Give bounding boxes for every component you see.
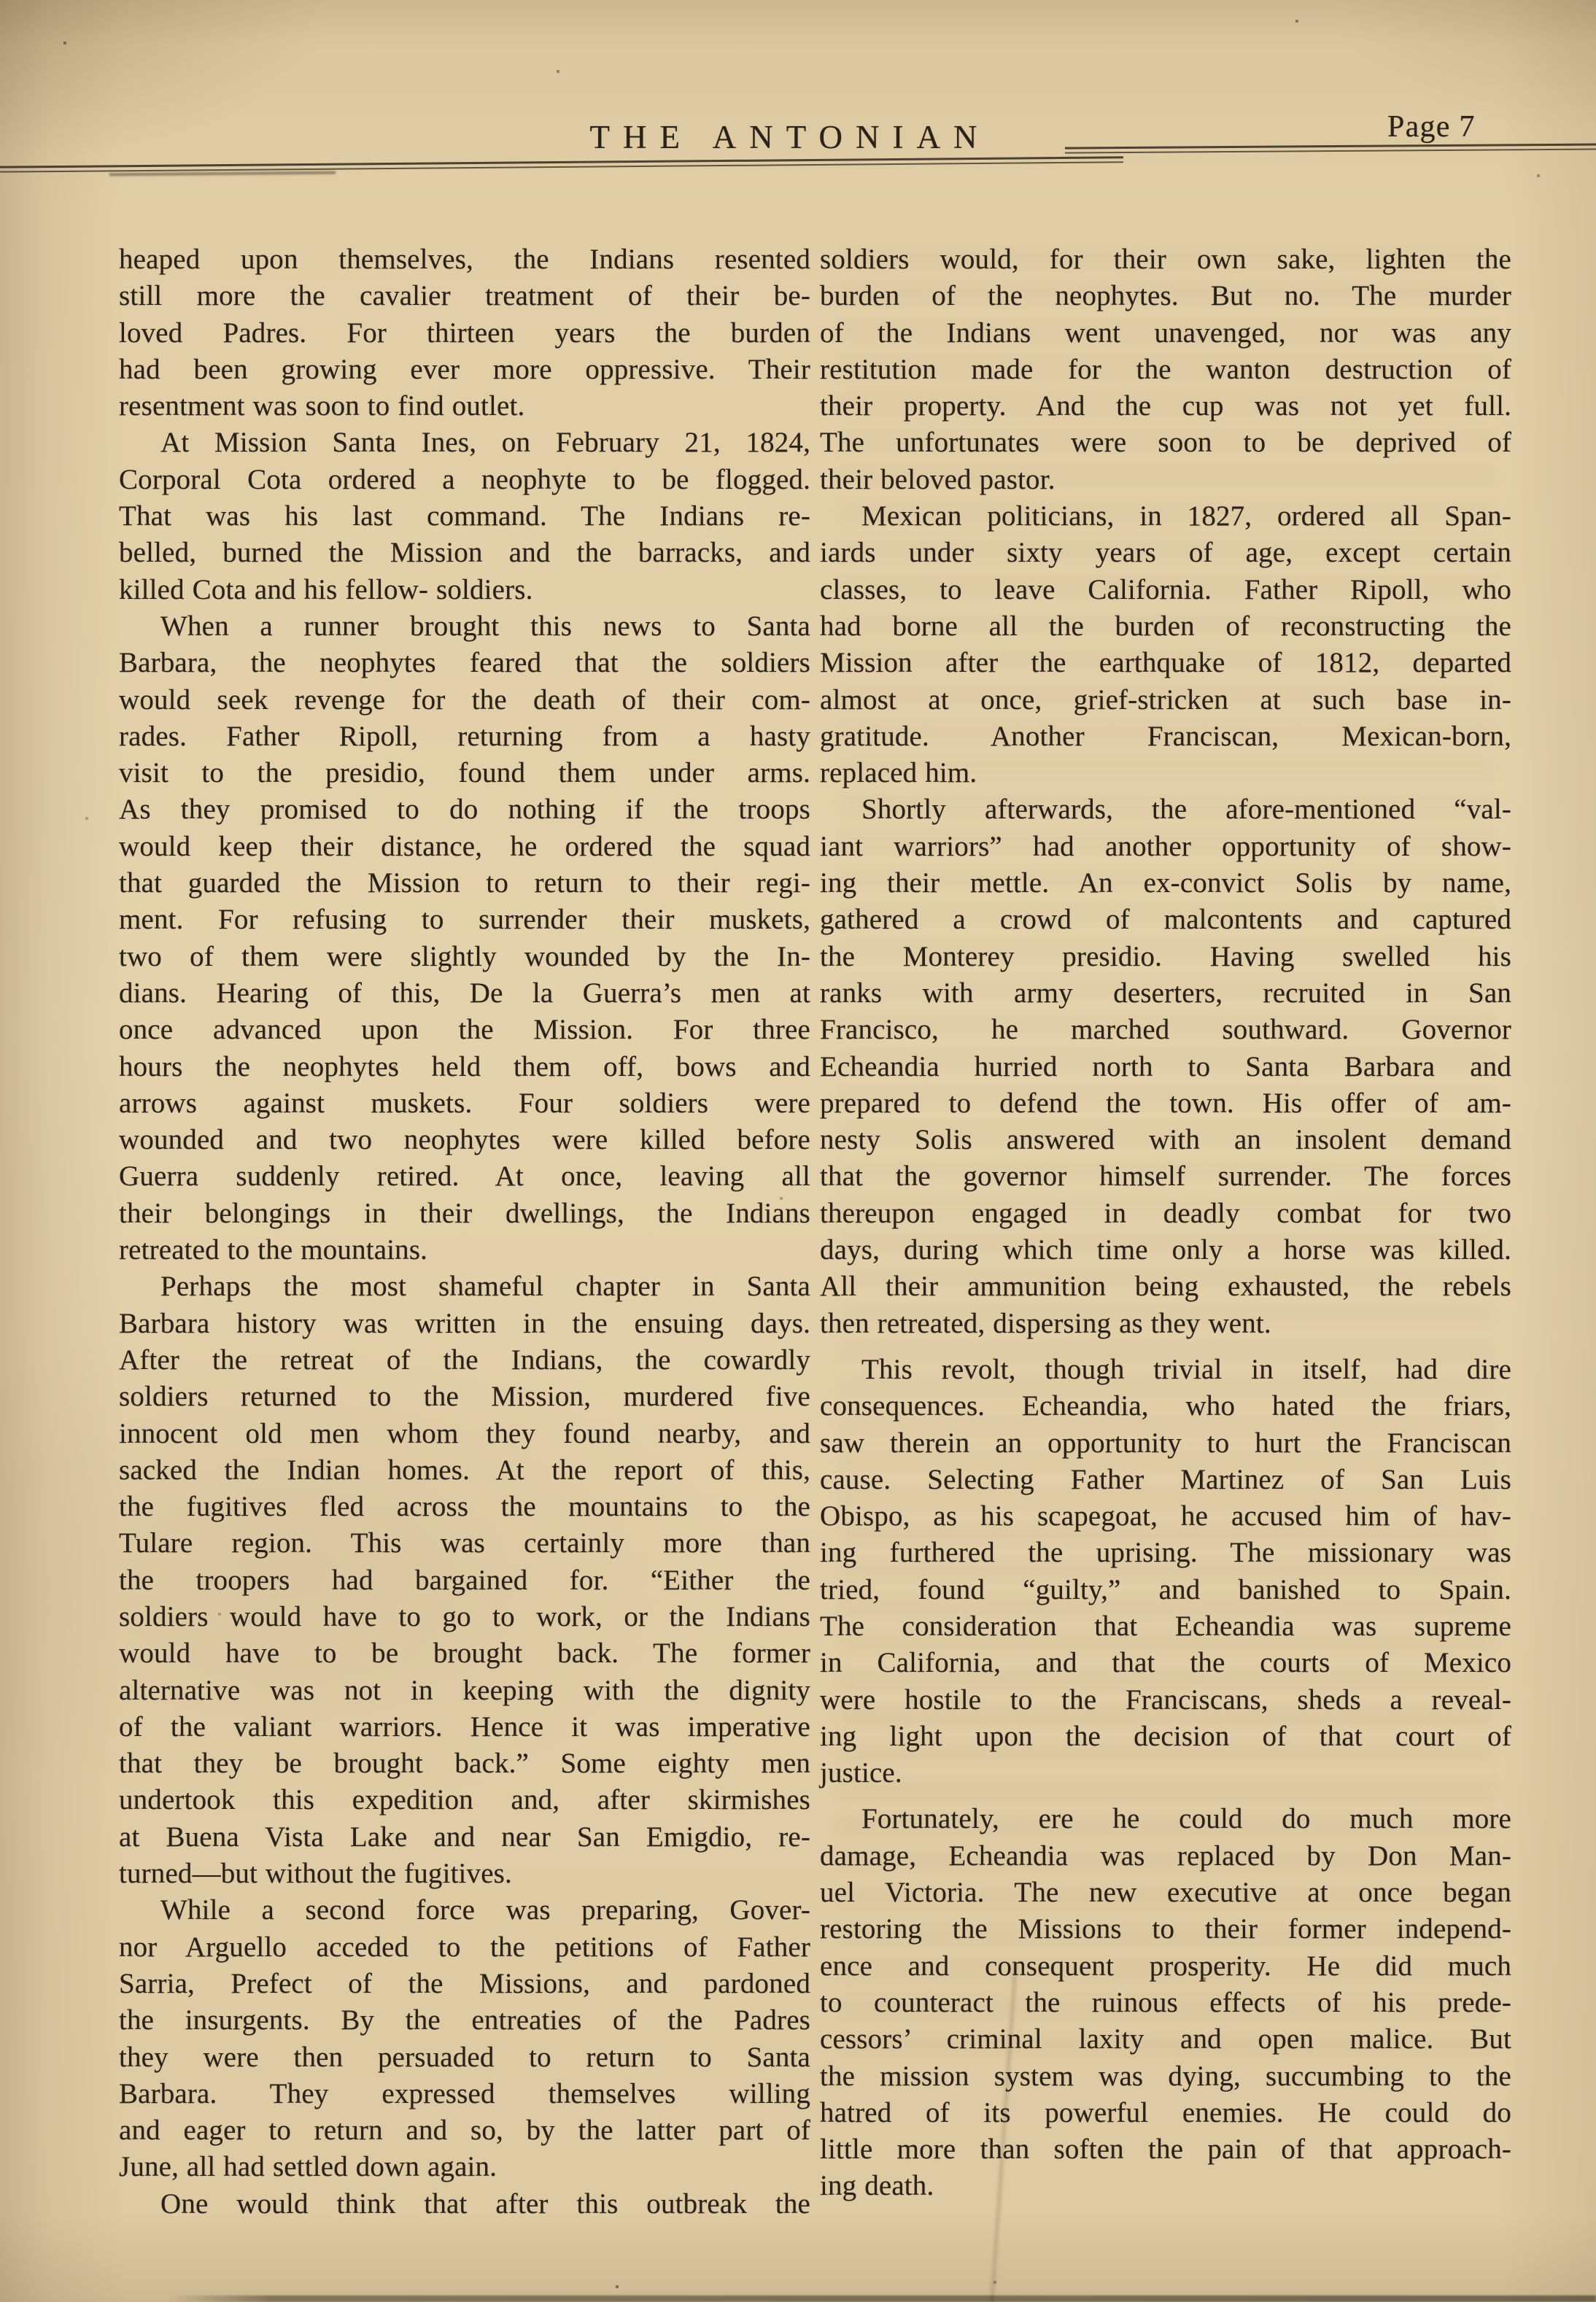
scanned-newspaper-page: { "header": { "title": "THE ANTONIAN", "… — [0, 0, 1596, 2302]
text-line: they were then persuaded to return to Sa… — [119, 2039, 810, 2076]
text-line: gratitude. Another Franciscan, Mexican-b… — [820, 718, 1511, 755]
text-line: arrows against muskets. Four soldiers we… — [119, 1085, 810, 1122]
text-line: Barbara, the neophytes feared that the s… — [119, 645, 810, 681]
paper-specks — [0, 0, 1, 1]
text-line: replaced him. — [820, 755, 1511, 791]
text-line: alternative was not in keeping with the … — [119, 1673, 810, 1709]
text-line: wounded and two neophytes were killed be… — [119, 1122, 810, 1158]
text-line: That was his last command. The Indians r… — [119, 498, 810, 535]
text-line: almost at once, grief-stricken at such b… — [820, 682, 1511, 718]
text-line: Echeandia hurried north to Santa Barbara… — [820, 1049, 1511, 1085]
paragraph: soldiers would, for their own sake, ligh… — [820, 241, 1511, 498]
text-line: visit to the presidio, found them under … — [119, 755, 810, 791]
text-line: ing light upon the decision of that cour… — [820, 1718, 1511, 1755]
text-line: their property. And the cup was not yet … — [820, 388, 1511, 425]
text-line: would seek revenge for the death of thei… — [119, 682, 810, 718]
text-line: the insurgents. By the entreaties of the… — [119, 2002, 810, 2039]
text-line: belled, burned the Mission and the barra… — [119, 535, 810, 571]
text-line: thereupon engaged in deadly combat for t… — [820, 1195, 1511, 1232]
paragraph: At Mission Santa Ines, on February 21, 1… — [119, 425, 810, 608]
text-line: that they be brought back.” Some eighty … — [119, 1745, 810, 1782]
text-line: would have to be brought back. The forme… — [119, 1635, 810, 1672]
text-line: restoring the Missions to their former i… — [820, 1911, 1511, 1948]
text-line: nesty Solis answered with an insolent de… — [820, 1122, 1511, 1158]
text-line: to counteract the ruinous effects of his… — [820, 1985, 1511, 2021]
text-line: would keep their distance, he ordered th… — [119, 829, 810, 865]
text-line: had borne all the burden of reconstructi… — [820, 608, 1511, 645]
scan-edge-shadow — [168, 2295, 1596, 2302]
text-line: All their ammunition being exhausted, th… — [820, 1268, 1511, 1305]
text-line: killed Cota and his fellow- soldiers. — [119, 572, 810, 608]
text-line: that guarded the Mission to return to th… — [119, 865, 810, 902]
text-line: Mexican politicians, in 1827, ordered al… — [820, 498, 1511, 535]
text-line: The consideration that Echeandia was sup… — [820, 1608, 1511, 1645]
text-line: Guerra suddenly retired. At once, leavin… — [119, 1158, 810, 1195]
text-line: ence and consequent prosperity. He did m… — [820, 1948, 1511, 1985]
text-line: then retreated, dispersing as they went. — [820, 1306, 1511, 1342]
column-right: soldiers would, for their own sake, ligh… — [820, 241, 1511, 2205]
text-line: were hostile to the Franciscans, sheds a… — [820, 1682, 1511, 1718]
text-line: hours the neophytes held them off, bows … — [119, 1049, 810, 1085]
masthead-title: THE ANTONIAN — [590, 118, 991, 156]
text-line: Fortunately, ere he could do much more — [820, 1801, 1511, 1837]
text-line: Tulare region. This was certainly more t… — [119, 1525, 810, 1562]
text-line: Perhaps the most shameful chapter in San… — [119, 1268, 810, 1305]
text-line: classes, to leave California. Father Rip… — [820, 572, 1511, 608]
text-line: Corporal Cota ordered a neophyte to be f… — [119, 462, 810, 498]
text-line: that the governor himself surrender. The… — [820, 1158, 1511, 1195]
paragraph: One would think that after this outbreak… — [119, 2186, 810, 2222]
text-line: rades. Father Ripoll, returning from a h… — [119, 718, 810, 755]
text-line: undertook this expedition and, after ski… — [119, 1782, 810, 1818]
text-line: While a second force was preparing, Gove… — [119, 1892, 810, 1929]
text-line: soldiers returned to the Mission, murder… — [119, 1379, 810, 1415]
paragraph: heaped upon themselves, the Indians rese… — [119, 241, 810, 425]
text-line: the mission system was dying, succumbing… — [820, 2058, 1511, 2095]
text-line: restitution made for the wanton destruct… — [820, 352, 1511, 388]
text-line: iant warriors” had another opportunity o… — [820, 829, 1511, 865]
text-line: cause. Selecting Father Martinez of San … — [820, 1462, 1511, 1498]
paragraph: Perhaps the most shameful chapter in San… — [119, 1268, 810, 1892]
masthead-rule-right — [1065, 143, 1596, 153]
text-line: uel Victoria. The new executive at once … — [820, 1875, 1511, 1911]
text-line: loved Padres. For thirteen years the bur… — [119, 315, 810, 352]
text-line: and eager to return and so, by the latte… — [119, 2112, 810, 2149]
text-line: nor Arguello acceded to the petitions of… — [119, 1929, 810, 1966]
text-line: the fugitives fled across the mountains … — [119, 1489, 810, 1525]
paragraph: Shortly afterwards, the afore-mentioned … — [820, 791, 1511, 1341]
text-line: burden of the neophytes. But no. The mur… — [820, 278, 1511, 314]
paragraph: This revolt, though trivial in itself, h… — [820, 1352, 1511, 1792]
text-line: dians. Hearing of this, De la Guerra’s m… — [119, 975, 810, 1012]
text-line: days, during which time only a horse was… — [820, 1232, 1511, 1268]
text-line: resentment was soon to find outlet. — [119, 388, 810, 425]
text-line: consequences. Echeandia, who hated the f… — [820, 1388, 1511, 1425]
text-line: turned—but without the fugitives. — [119, 1856, 810, 1892]
text-line: ing their mettle. An ex-convict Solis by… — [820, 865, 1511, 902]
paragraph: Fortunately, ere he could do much moreda… — [820, 1801, 1511, 2204]
text-line: Barbara history was written in the ensui… — [119, 1306, 810, 1342]
text-line: sacked the Indian homes. At the report o… — [119, 1452, 810, 1489]
text-line: When a runner brought this news to Santa — [119, 608, 810, 645]
text-line: of the Indians went unavenged, nor was a… — [820, 315, 1511, 352]
text-line: still more the cavalier treatment of the… — [119, 278, 810, 314]
text-line: tried, found “guilty,” and banished to S… — [820, 1572, 1511, 1608]
text-line: ranks with army deserters, recruited in … — [820, 975, 1511, 1012]
text-line: soldiers would, for their own sake, ligh… — [820, 241, 1511, 278]
paragraph: Mexican politicians, in 1827, ordered al… — [820, 498, 1511, 791]
text-line: After the retreat of the Indians, the co… — [119, 1342, 810, 1379]
text-line: prepared to defend the town. His offer o… — [820, 1085, 1511, 1122]
text-line: This revolt, though trivial in itself, h… — [820, 1352, 1511, 1388]
text-line: At Mission Santa Ines, on February 21, 1… — [119, 425, 810, 461]
paragraph: While a second force was preparing, Gove… — [119, 1892, 810, 2185]
text-line: cessors’ criminal laxity and open malice… — [820, 2021, 1511, 2058]
text-line: in California, and that the courts of Me… — [820, 1645, 1511, 1681]
page-number: Page 7 — [1387, 109, 1476, 144]
text-line: heaped upon themselves, the Indians rese… — [119, 241, 810, 278]
text-line: of the valiant warriors. Hence it was im… — [119, 1709, 810, 1745]
text-line: As they promised to do nothing if the tr… — [119, 791, 810, 828]
text-line: once advanced upon the Mission. For thre… — [119, 1012, 810, 1048]
text-line: gathered a crowd of malcontents and capt… — [820, 902, 1511, 938]
text-line: two of them were slightly wounded by the… — [119, 939, 810, 975]
text-line: One would think that after this outbreak… — [119, 2186, 810, 2222]
text-line: Sarria, Prefect of the Missions, and par… — [119, 1966, 810, 2002]
text-line: Francisco, he marched southward. Governo… — [820, 1012, 1511, 1048]
text-line: Barbara. They expressed themselves willi… — [119, 2076, 810, 2112]
text-line: June, all had settled down again. — [119, 2149, 810, 2185]
text-line: ing death. — [820, 2168, 1511, 2204]
text-line: saw therein an opportunity to hurt the F… — [820, 1425, 1511, 1462]
text-line: soldiers would have to go to work, or th… — [119, 1599, 810, 1635]
text-line: Obispo, as his scapegoat, he accused him… — [820, 1498, 1511, 1535]
text-line: at Buena Vista Lake and near San Emigdio… — [119, 1819, 810, 1856]
text-line: had been growing ever more oppressive. T… — [119, 352, 810, 388]
masthead-rule-left — [0, 156, 1123, 173]
text-line: the troopers had bargained for. “Either … — [119, 1562, 810, 1599]
text-line: their belongings in their dwellings, the… — [119, 1195, 810, 1232]
text-line: the Monterey presidio. Having swelled hi… — [820, 939, 1511, 975]
text-line: Mission after the earthquake of 1812, de… — [820, 645, 1511, 681]
paragraph: When a runner brought this news to Santa… — [119, 608, 810, 1268]
text-line: damage, Echeandia was replaced by Don Ma… — [820, 1838, 1511, 1875]
text-line: innocent old men whom they found nearby,… — [119, 1416, 810, 1452]
text-line: The unfortunates were soon to be deprive… — [820, 425, 1511, 461]
text-line: iards under sixty years of age, except c… — [820, 535, 1511, 571]
text-line: little more than soften the pain of that… — [820, 2131, 1511, 2168]
text-line: ing furthered the uprising. The missiona… — [820, 1535, 1511, 1571]
text-line: ment. For refusing to surrender their mu… — [119, 902, 810, 938]
text-line: Shortly afterwards, the afore-mentioned … — [820, 791, 1511, 828]
column-left: heaped upon themselves, the Indians rese… — [119, 241, 810, 2222]
text-line: retreated to the mountains. — [119, 1232, 810, 1268]
masthead-rule-smudge — [109, 171, 336, 177]
text-line: justice. — [820, 1755, 1511, 1791]
text-line: hatred of its powerful enemies. He could… — [820, 2095, 1511, 2131]
text-line: their beloved pastor. — [820, 462, 1511, 498]
